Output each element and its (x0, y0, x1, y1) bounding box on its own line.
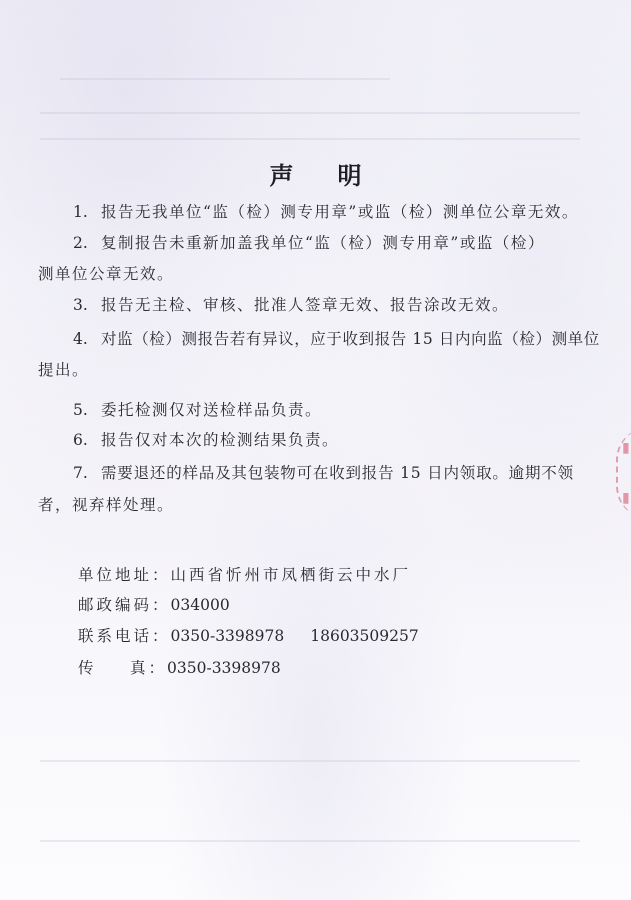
seal-mark: ▮ (622, 440, 630, 456)
postcode-label: 邮政编码： (78, 595, 171, 615)
phone-label: 联系电话： (78, 626, 171, 646)
bleed-through-line (40, 112, 580, 114)
contact-phone: 联系电话：0350-339897818603509257 (78, 626, 419, 646)
item-text: 报告无主检、审核、批准人签章无效、报告涂改无效。 (101, 296, 509, 314)
bleed-through-line (60, 78, 390, 80)
page-title: 声明 (0, 156, 631, 191)
statement-item-3: 3.报告无主检、审核、批准人签章无效、报告涂改无效。 (73, 295, 509, 315)
item-number: 3. (73, 295, 101, 315)
postcode-value: 034000 (171, 596, 230, 614)
statement-item-7-continuation: 者，视弃样处理。 (38, 495, 174, 515)
phone-value: 0350-3398978 (171, 627, 285, 645)
bleed-through-line (40, 760, 580, 762)
item-number: 7. (73, 463, 101, 483)
statement-item-7: 7.需要退还的样品及其包装物可在收到报告 15 日内领取。逾期不领 (73, 463, 574, 483)
address-value: 山西省忻州市凤栖街云中水厂 (171, 566, 412, 584)
item-text: 对监（检）测报告若有异议，应于收到报告 15 日内向监（检）测单位 (101, 330, 600, 348)
statement-item-5: 5.委托检测仅对送检样品负责。 (73, 400, 322, 420)
item-text: 复制报告未重新加盖我单位“监（检）测专用章”或监（检） (101, 234, 545, 252)
item-number: 4. (73, 329, 101, 349)
statement-item-2: 2.复制报告未重新加盖我单位“监（检）测专用章”或监（检） (73, 233, 545, 253)
bleed-through-line (40, 138, 580, 140)
item-number: 1. (73, 202, 101, 222)
fax-value: 0350-3398978 (167, 659, 281, 677)
bleed-through-line (40, 840, 580, 842)
contact-address: 单位地址：山西省忻州市凤栖街云中水厂 (78, 565, 411, 585)
scanned-page: 声明 1.报告无我单位“监（检）测专用章”或监（检）测单位公章无效。 2.复制报… (0, 0, 631, 900)
fax-label-char-2: 真： (130, 658, 167, 678)
item-number: 2. (73, 233, 101, 253)
seal-mark: ▮ (622, 490, 630, 506)
title-char-1: 声 (270, 156, 294, 191)
statement-item-4-continuation: 提出。 (38, 360, 89, 380)
statement-item-4: 4.对监（检）测报告若有异议，应于收到报告 15 日内向监（检）测单位 (73, 329, 600, 349)
item-text: 报告仅对本次的检测结果负责。 (101, 431, 339, 449)
contact-postcode: 邮政编码：034000 (78, 595, 230, 615)
item-text: 需要退还的样品及其包装物可在收到报告 15 日内领取。逾期不领 (101, 464, 574, 482)
contact-fax: 传真：0350-3398978 (78, 658, 281, 678)
mobile-value: 18603509257 (310, 627, 418, 645)
item-number: 5. (73, 400, 101, 420)
statement-item-6: 6.报告仅对本次的检测结果负责。 (73, 430, 339, 450)
address-label: 单位地址： (78, 565, 171, 585)
item-text: 报告无我单位“监（检）测专用章”或监（检）测单位公章无效。 (101, 203, 579, 221)
statement-item-1: 1.报告无我单位“监（检）测专用章”或监（检）测单位公章无效。 (73, 202, 579, 222)
item-text: 委托检测仅对送检样品负责。 (101, 401, 322, 419)
statement-item-2-continuation: 测单位公章无效。 (38, 264, 174, 284)
title-char-2: 明 (338, 156, 362, 191)
item-number: 6. (73, 430, 101, 450)
fax-label-char-1: 传 (78, 658, 130, 678)
